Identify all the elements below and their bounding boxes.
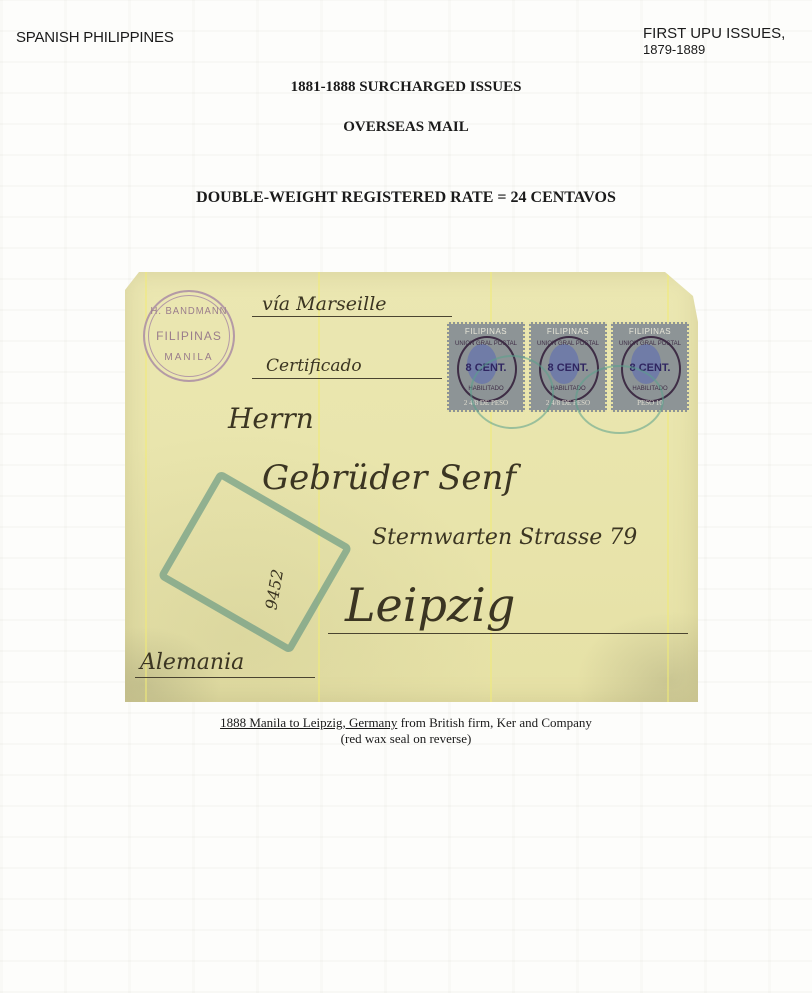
salutation: Herrn <box>228 402 314 435</box>
postmark-cancel <box>470 355 554 429</box>
postmark-cancel <box>575 365 664 434</box>
page-subtitle: OVERSEAS MAIL <box>0 119 812 136</box>
cover-caption: 1888 Manila to Leipzig, Germany from Bri… <box>0 715 812 747</box>
street-address: Sternwarten Strasse 79 <box>372 525 637 550</box>
section-title: FIRST UPU ISSUES, <box>643 25 785 42</box>
page-title: 1881-1888 SURCHARGED ISSUES <box>0 79 812 96</box>
route-endorsement: vía Marseille <box>262 293 387 315</box>
addressee-name: Gebrüder Senf <box>262 458 516 498</box>
section-dates: 1879-1889 <box>643 42 785 58</box>
caption-detail: from British firm, Ker and Company <box>397 715 592 730</box>
page-header-section: FIRST UPU ISSUES, 1879-1889 <box>643 26 785 58</box>
registered-endorsement: Certificado <box>266 356 362 376</box>
rate-title: DOUBLE-WEIGHT REGISTERED RATE = 24 CENTA… <box>0 189 812 207</box>
city: Leipzig <box>345 578 515 632</box>
caption-note: (red wax seal on reverse) <box>341 731 472 746</box>
caption-route: 1888 Manila to Leipzig, Germany <box>220 715 397 730</box>
page-header-country: SPANISH PHILIPPINES <box>16 29 174 46</box>
destination-country: Alemania <box>140 650 244 675</box>
sender-handstamp: H. BANDMANN FILIPINAS MANILA <box>143 290 235 382</box>
